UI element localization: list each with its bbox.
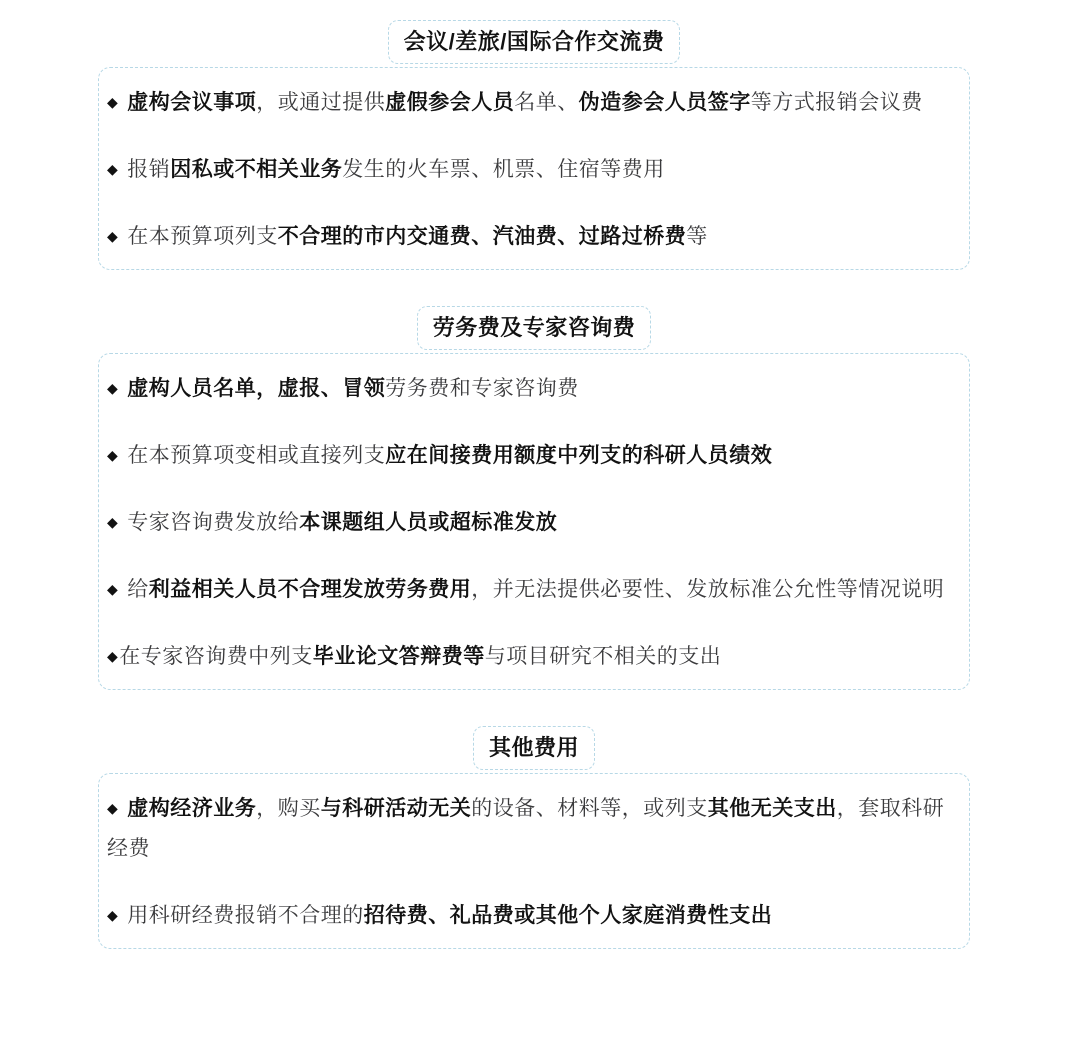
list-item: ◆给利益相关人员不合理发放劳务费用，并无法提供必要性、发放标准公允性等情况说明: [107, 569, 961, 610]
emphasized-text-run: 虚构经济业务: [127, 797, 256, 820]
section-header-row: 其他费用: [0, 726, 1068, 770]
diamond-bullet-icon: ◆: [107, 788, 118, 828]
text-run: ，或通过提供: [256, 91, 385, 114]
list-item: ◆在本预算项变相或直接列支应在间接费用额度中列支的科研人员绩效: [107, 435, 961, 476]
diamond-bullet-icon: ◆: [107, 368, 118, 408]
section-meeting-travel-intl-exchange: 会议/差旅/国际合作交流费◆虚构会议事项，或通过提供虚假参会人员名单、伪造参会人…: [0, 20, 1068, 270]
text-run: 劳务费和专家咨询费: [385, 377, 579, 400]
list-item: ◆在本预算项列支不合理的市内交通费、汽油费、过路过桥费等: [107, 216, 961, 257]
text-run: 专家咨询费发放给: [127, 511, 299, 534]
section-other-fees: 其他费用◆虚构经济业务，购买与科研活动无关的设备、材料等，或列支其他无关支出，套…: [0, 726, 1068, 949]
emphasized-text-run: 虚构人员名单，虚报、冒领: [127, 377, 385, 400]
text-run: 的设备、材料等，或列支: [471, 797, 708, 820]
section-header-row: 劳务费及专家咨询费: [0, 306, 1068, 350]
document-page: 会议/差旅/国际合作交流费◆虚构会议事项，或通过提供虚假参会人员名单、伪造参会人…: [0, 0, 1068, 1045]
text-run: 报销: [127, 158, 170, 181]
diamond-bullet-icon: ◆: [107, 502, 118, 542]
emphasized-text-run: 虚假参会人员: [385, 91, 514, 114]
section-title: 劳务费及专家咨询费: [417, 306, 652, 350]
emphasized-text-run: 伪造参会人员签字: [579, 91, 751, 114]
diamond-bullet-icon: ◆: [107, 569, 118, 609]
text-run: 给: [127, 578, 149, 601]
emphasized-text-run: 本课题组人员或超标准发放: [299, 511, 557, 534]
emphasized-text-run: 虚构会议事项: [127, 91, 256, 114]
diamond-bullet-icon: ◆: [107, 895, 118, 935]
sections-container: 会议/差旅/国际合作交流费◆虚构会议事项，或通过提供虚假参会人员名单、伪造参会人…: [0, 20, 1068, 949]
section-content-box: ◆虚构会议事项，或通过提供虚假参会人员名单、伪造参会人员签字等方式报销会议费◆报…: [98, 67, 970, 270]
section-title: 其他费用: [473, 726, 595, 770]
diamond-bullet-icon: ◆: [107, 636, 118, 676]
emphasized-text-run: 不合理的市内交通费、汽油费、过路过桥费: [278, 225, 687, 248]
diamond-bullet-icon: ◆: [107, 82, 118, 122]
text-run: ，并无法提供必要性、发放标准公允性等情况说明: [471, 578, 944, 601]
list-item: ◆虚构会议事项，或通过提供虚假参会人员名单、伪造参会人员签字等方式报销会议费: [107, 82, 961, 123]
list-item: ◆在专家咨询费中列支毕业论文答辩费等与项目研究不相关的支出: [107, 636, 961, 677]
diamond-bullet-icon: ◆: [107, 435, 118, 475]
text-run: 等方式报销会议费: [751, 91, 923, 114]
text-run: 在专家咨询费中列支: [119, 645, 313, 668]
text-run: ，购买: [256, 797, 321, 820]
emphasized-text-run: 应在间接费用额度中列支的科研人员绩效: [385, 444, 772, 467]
emphasized-text-run: 其他无关支出: [708, 797, 837, 820]
text-run: 发生的火车票、机票、住宿等费用: [342, 158, 665, 181]
list-item: ◆专家咨询费发放给本课题组人员或超标准发放: [107, 502, 961, 543]
text-run: 用科研经费报销不合理的: [127, 904, 364, 927]
section-title: 会议/差旅/国际合作交流费: [388, 20, 681, 64]
text-run: 与项目研究不相关的支出: [485, 645, 722, 668]
text-run: 等: [686, 225, 708, 248]
text-run: 在本预算项变相或直接列支: [127, 444, 385, 467]
emphasized-text-run: 与科研活动无关: [321, 797, 472, 820]
emphasized-text-run: 招待费、礼品费或其他个人家庭消费性支出: [364, 904, 773, 927]
emphasized-text-run: 因私或不相关业务: [170, 158, 342, 181]
emphasized-text-run: 利益相关人员不合理发放劳务费用: [149, 578, 472, 601]
diamond-bullet-icon: ◆: [107, 216, 118, 256]
section-header-row: 会议/差旅/国际合作交流费: [0, 20, 1068, 64]
list-item: ◆用科研经费报销不合理的招待费、礼品费或其他个人家庭消费性支出: [107, 895, 961, 936]
diamond-bullet-icon: ◆: [107, 149, 118, 189]
text-run: 名单、: [514, 91, 579, 114]
section-content-box: ◆虚构人员名单，虚报、冒领劳务费和专家咨询费◆在本预算项变相或直接列支应在间接费…: [98, 353, 970, 690]
section-content-box: ◆虚构经济业务，购买与科研活动无关的设备、材料等，或列支其他无关支出，套取科研经…: [98, 773, 970, 949]
list-item: ◆报销因私或不相关业务发生的火车票、机票、住宿等费用: [107, 149, 961, 190]
text-run: 在本预算项列支: [127, 225, 278, 248]
emphasized-text-run: 毕业论文答辩费等: [313, 645, 485, 668]
section-labor-expert-consultation: 劳务费及专家咨询费◆虚构人员名单，虚报、冒领劳务费和专家咨询费◆在本预算项变相或…: [0, 306, 1068, 690]
list-item: ◆虚构人员名单，虚报、冒领劳务费和专家咨询费: [107, 368, 961, 409]
list-item: ◆虚构经济业务，购买与科研活动无关的设备、材料等，或列支其他无关支出，套取科研经…: [107, 788, 961, 869]
